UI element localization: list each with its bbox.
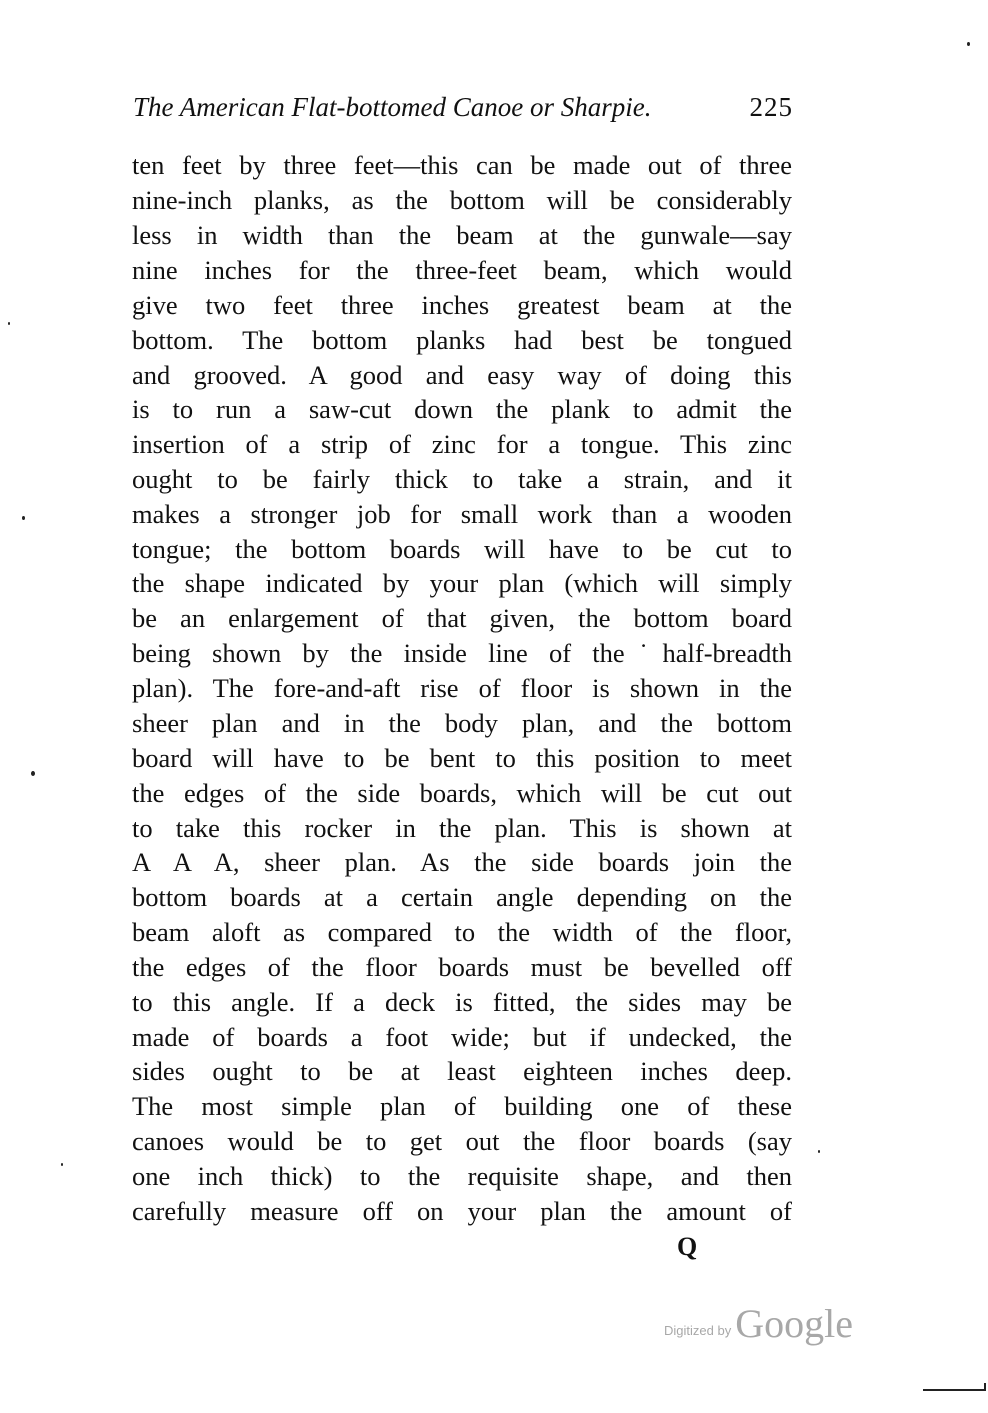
scan-speck [61, 1163, 63, 1166]
text-line: ten feet by three feet—this can be made … [132, 148, 792, 182]
text-line: to take this rocker in the plan. This is… [132, 811, 792, 845]
google-watermark: Digitized by Google [664, 1300, 853, 1347]
text-line: sides ought to be at least eighteen inch… [132, 1054, 792, 1088]
text-line: nine inches for the three-feet beam, whi… [132, 253, 792, 287]
running-header: The American Flat-bottomed Canoe or Shar… [133, 92, 793, 132]
text-line: the shape indicated by your plan (which … [132, 566, 792, 600]
text-line: A A A, sheer plan. As the side boards jo… [132, 845, 792, 879]
text-line: made of boards a foot wide; but if undec… [132, 1020, 792, 1054]
text-line: be an enlargement of that given, the bot… [132, 601, 792, 635]
text-line: insertion of a strip of zinc for a tongu… [132, 427, 792, 461]
text-line: the edges of the floor boards must be be… [132, 950, 792, 984]
text-line: makes a stronger job for small work than… [132, 497, 792, 531]
text-line: board will have to be bent to this posit… [132, 741, 792, 775]
google-logo: Google [735, 1301, 853, 1346]
text-line: bottom boards at a certain angle dependi… [132, 880, 792, 914]
text-line: bottom. The bottom planks had best be to… [132, 323, 792, 357]
page-number: 225 [750, 92, 794, 123]
scan-speck [818, 1150, 820, 1153]
text-line: nine-inch planks, as the bottom will be … [132, 183, 792, 217]
page-edge-line [923, 1389, 985, 1391]
text-line: give two feet three inches greatest beam… [132, 288, 792, 322]
text-line: The most simple plan of building one of … [132, 1089, 792, 1123]
scan-speck [967, 42, 970, 46]
text-line: ought to be fairly thick to take a strai… [132, 462, 792, 496]
page-edge-tick [984, 1383, 986, 1391]
text-line: tongue; the bottom boards will have to b… [132, 532, 792, 566]
text-line: less in width than the beam at the gunwa… [132, 218, 792, 252]
book-page: The American Flat-bottomed Canoe or Shar… [0, 0, 988, 1413]
scan-speck [22, 516, 25, 520]
text-line: to this angle. If a deck is fitted, the … [132, 985, 792, 1019]
text-line: and grooved. A good and easy way of doin… [132, 358, 792, 392]
text-line: canoes would be to get out the floor boa… [132, 1124, 792, 1158]
text-line: the edges of the side boards, which will… [132, 776, 792, 810]
text-line: sheer plan and in the body plan, and the… [132, 706, 792, 740]
scan-speck [8, 322, 10, 325]
scan-speck [31, 771, 35, 776]
text-line: beam aloft as compared to the width of t… [132, 915, 792, 949]
text-line: being shown by the inside line of the˙ha… [132, 636, 792, 670]
signature-mark: Q [677, 1232, 697, 1262]
text-line: one inch thick) to the requisite shape, … [132, 1159, 792, 1193]
watermark-prefix: Digitized by [664, 1323, 731, 1338]
text-line: carefully measure off on your plan the a… [132, 1194, 792, 1228]
running-header-title: The American Flat-bottomed Canoe or Shar… [133, 92, 651, 122]
text-line: is to run a saw-cut down the plank to ad… [132, 392, 792, 426]
text-line: plan). The fore-and-aft rise of floor is… [132, 671, 792, 705]
